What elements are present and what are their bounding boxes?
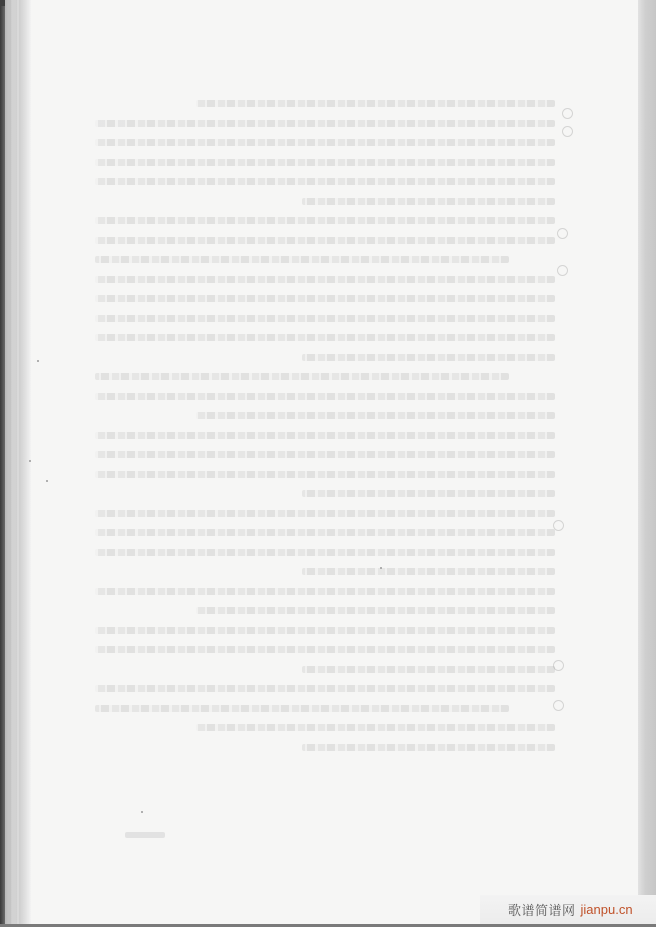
- circled-numeral-mark: [557, 265, 568, 276]
- bleed-through-line: [302, 666, 555, 673]
- bleed-through-line: [302, 568, 555, 575]
- bleed-through-line: [196, 607, 555, 614]
- page-number-bleed: [125, 832, 165, 838]
- bleed-through-line: [196, 100, 555, 107]
- bleed-through-line: [302, 744, 555, 751]
- bleed-through-line: [95, 529, 555, 536]
- bleed-through-line: [95, 588, 555, 595]
- scan-speck: [37, 360, 39, 362]
- bleed-through-line: [95, 295, 555, 302]
- scan-speck: [141, 811, 143, 813]
- bleed-through-line: [95, 256, 509, 263]
- bleed-through-line: [196, 412, 555, 419]
- bleed-through-line: [95, 393, 555, 400]
- bleed-through-line: [95, 139, 555, 146]
- bleed-through-line: [95, 120, 555, 127]
- watermark-domain: jianpu.cn: [581, 902, 633, 917]
- bleed-through-line: [95, 159, 555, 166]
- bleed-through-line: [95, 178, 555, 185]
- bleed-through-text: [95, 100, 555, 763]
- bleed-through-line: [95, 276, 555, 283]
- bleed-through-line: [95, 627, 555, 634]
- bleed-through-line: [95, 510, 555, 517]
- scan-speck: [29, 460, 31, 462]
- circled-numeral-mark: [557, 228, 568, 239]
- site-watermark: 歌谱简谱网 jianpu.cn: [480, 895, 656, 924]
- bleed-through-line: [302, 198, 555, 205]
- bleed-through-line: [95, 471, 555, 478]
- bleed-through-line: [302, 490, 555, 497]
- bleed-through-line: [95, 705, 509, 712]
- bleed-through-line: [95, 685, 555, 692]
- circled-numeral-mark: [553, 520, 564, 531]
- scanned-page: 歌谱简谱网 jianpu.cn: [0, 0, 656, 927]
- circled-numeral-mark: [562, 126, 573, 137]
- circled-numeral-mark: [562, 108, 573, 119]
- bleed-through-line: [302, 354, 555, 361]
- bleed-through-line: [95, 315, 555, 322]
- bleed-through-line: [95, 217, 555, 224]
- bleed-through-line: [95, 334, 555, 341]
- bleed-through-line: [95, 549, 555, 556]
- circled-numeral-mark: [553, 660, 564, 671]
- right-page-edge: [638, 0, 656, 895]
- scan-speck: [46, 480, 48, 482]
- bleed-through-line: [95, 451, 555, 458]
- bleed-through-line: [95, 237, 555, 244]
- circled-numeral-mark: [553, 700, 564, 711]
- bleed-through-line: [95, 373, 509, 380]
- bleed-through-line: [196, 724, 555, 731]
- bleed-through-line: [95, 432, 555, 439]
- watermark-site-name: 歌谱简谱网: [508, 900, 576, 919]
- scan-speck: [380, 567, 382, 569]
- binding-shadow: [5, 0, 31, 927]
- bleed-through-line: [95, 646, 555, 653]
